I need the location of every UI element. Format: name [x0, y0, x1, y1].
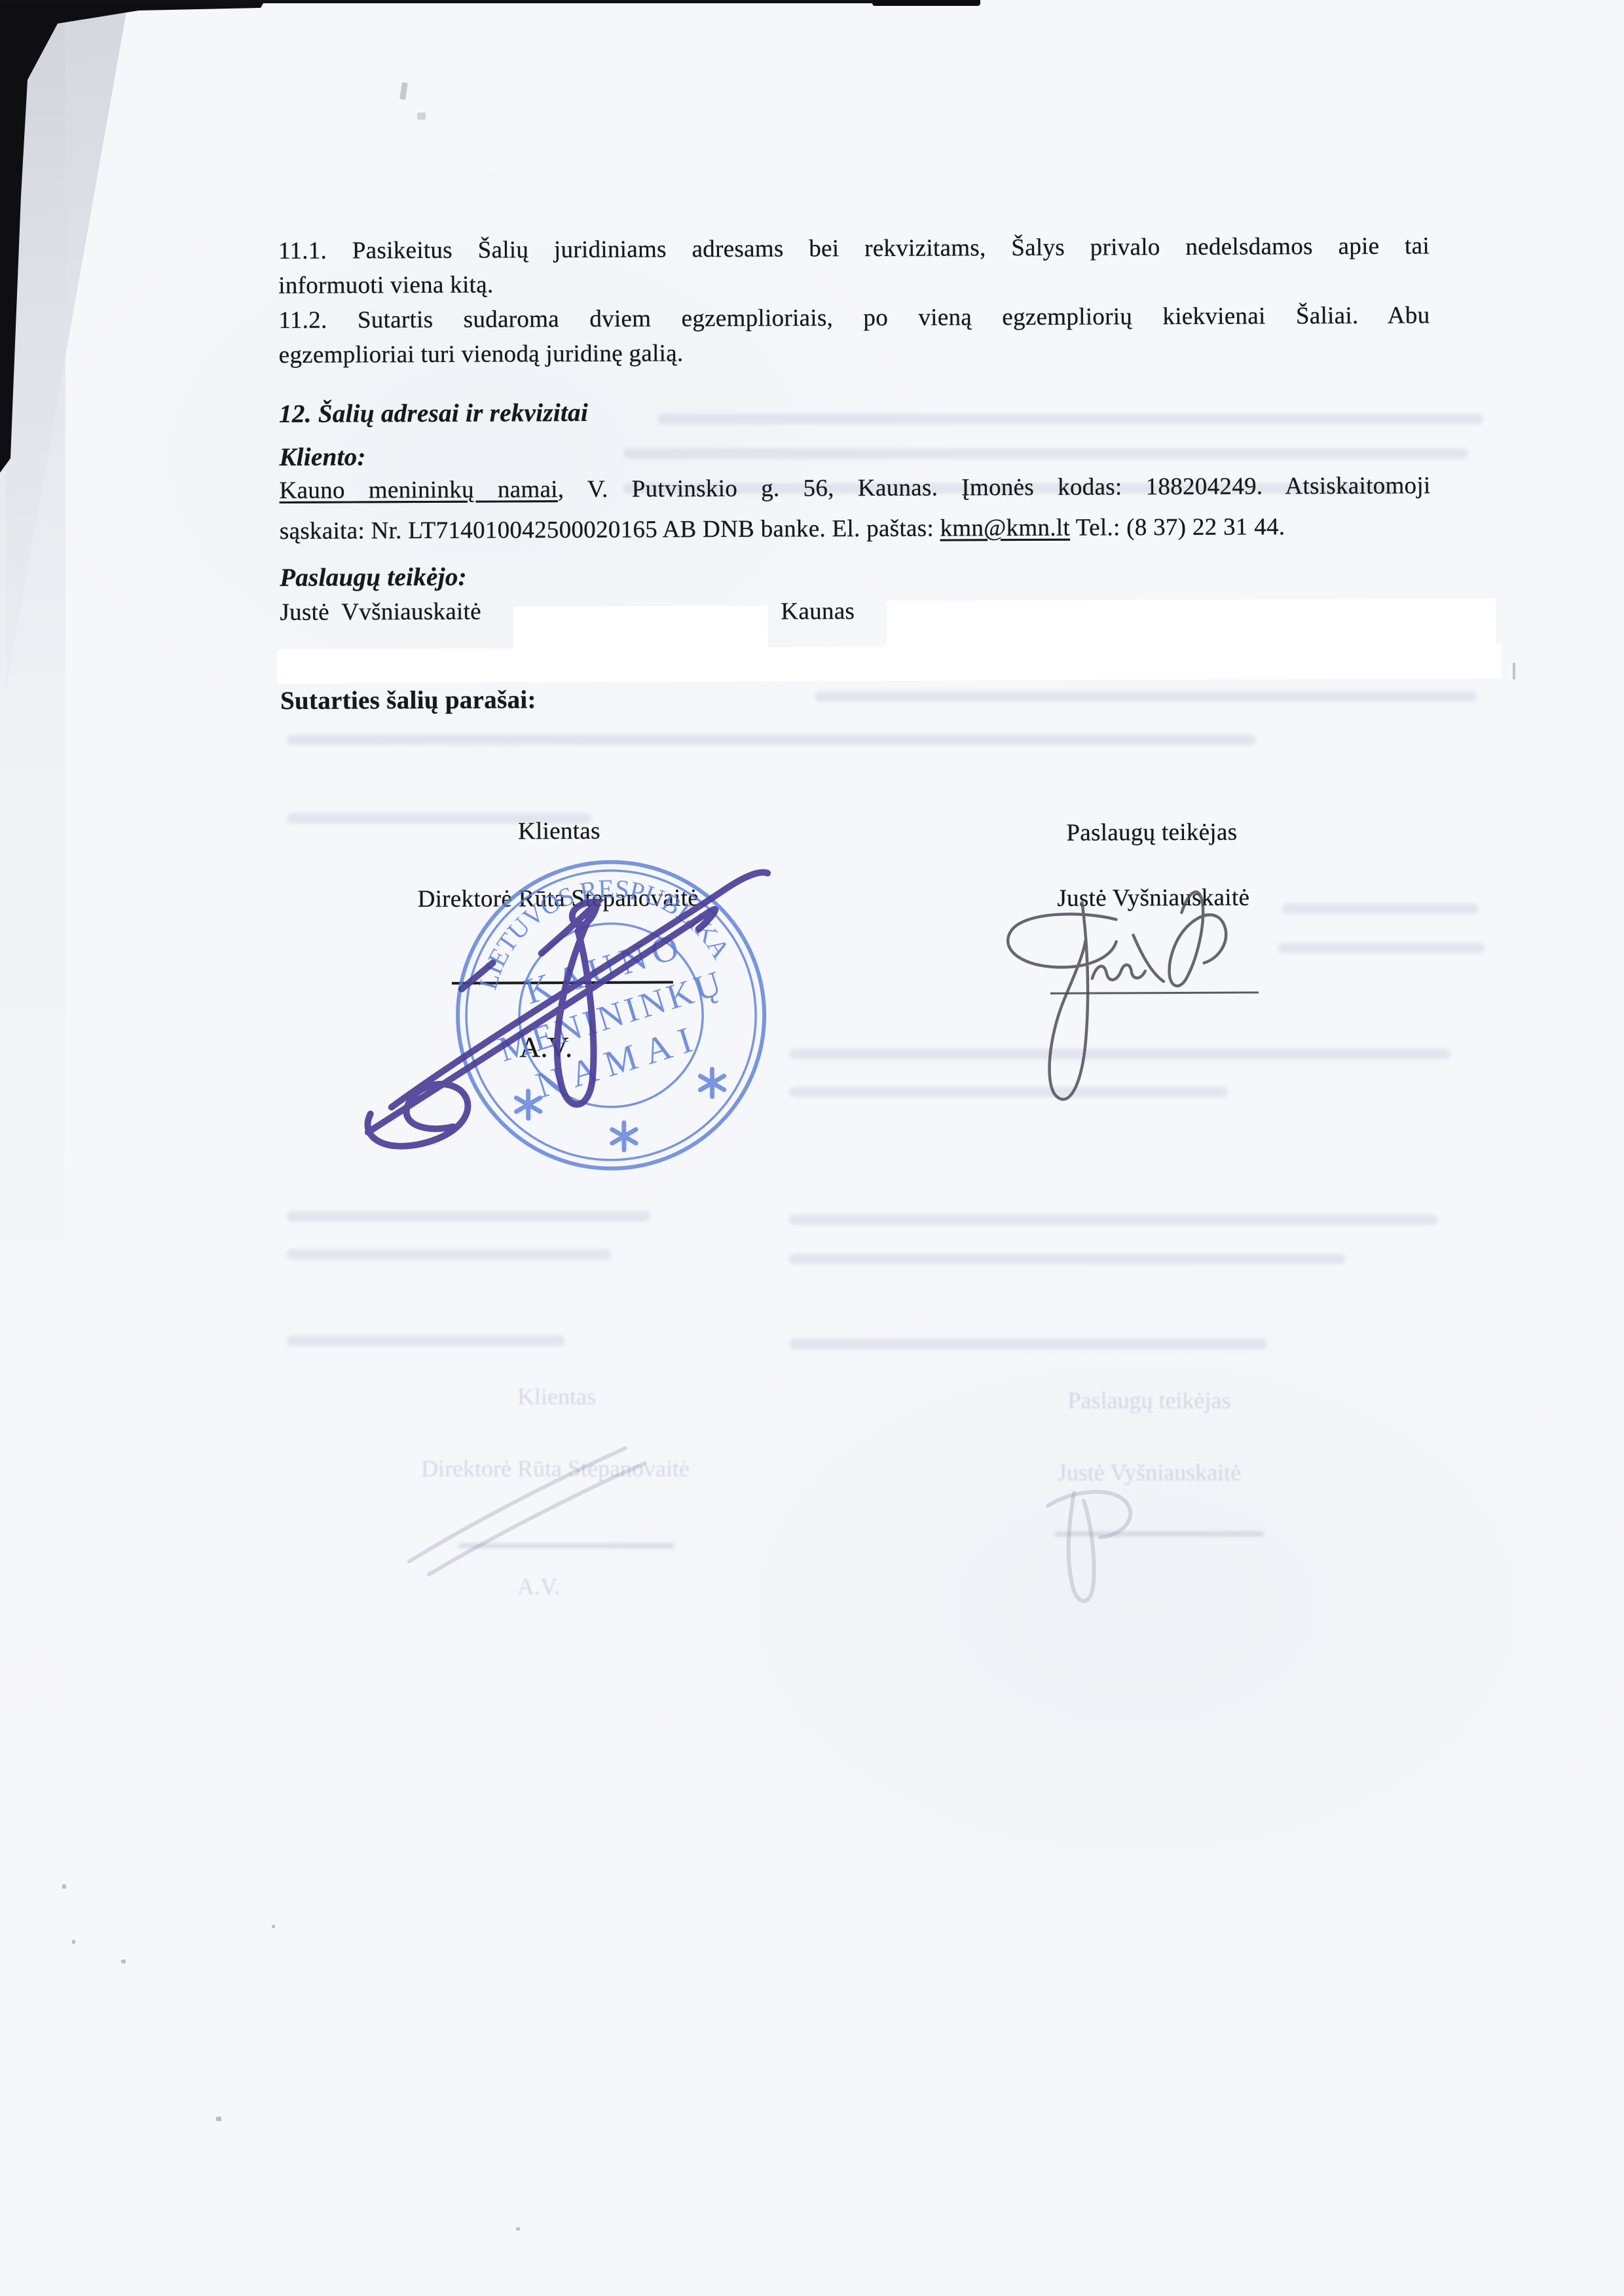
scanned-contract-page: Klientas Paslaugų teikėjas Direktorė Rūt…: [0, 0, 1624, 2296]
signatures-heading: Sutarties šalių parašai:: [280, 685, 536, 716]
section-12-heading: 12. Šalių adresai ir rekvizitai: [279, 398, 588, 429]
clause-11-1-line2: informuoti viena kitą.: [278, 271, 493, 301]
client-phone: Tel.: (8 37) 22 31 44.: [1070, 513, 1285, 541]
provider-name: Justė Vvšniauskaitė: [280, 598, 481, 627]
provider-label: Paslaugų teikėjo:: [280, 562, 467, 593]
client-name: Kauno menininkų namai: [280, 476, 558, 504]
client-account: sąskaita: Nr. LT714010042500020165 AB DN…: [280, 515, 940, 545]
round-stamp: LIETUVOS RESPUBLIKA KAUNO MENININKŲ NAMA…: [422, 829, 817, 1211]
client-details-line2: sąskaita: Nr. LT714010042500020165 AB DN…: [280, 513, 1285, 545]
provider-signature: [985, 873, 1287, 1136]
redaction-box: [277, 644, 1502, 683]
clause-11-1-line1: 11.1. Pasikeitus Šalių juridiniams adres…: [278, 232, 1430, 265]
provider-city: Kaunas: [781, 597, 855, 626]
client-details-line1-rest: , V. Putvinskio g. 56, Kaunas. Įmonės ko…: [558, 472, 1431, 503]
client-email-link: kmn@kmn.lt: [940, 515, 1070, 542]
clause-11-2-line2: egzemplioriai turi vienodą juridinę gali…: [279, 339, 684, 369]
client-details-line1: Kauno menininkų namai, V. Putvinskio g. …: [280, 471, 1431, 505]
document-content: 11.1. Pasikeitus Šalių juridiniams adres…: [0, 0, 1624, 2296]
provider-column-label: Paslaugų teikėjas: [1011, 818, 1293, 848]
clause-11-2-line1: 11.2. Sutartis sudaroma dviem egzemplior…: [278, 301, 1430, 335]
client-label: Kliento:: [279, 442, 366, 473]
